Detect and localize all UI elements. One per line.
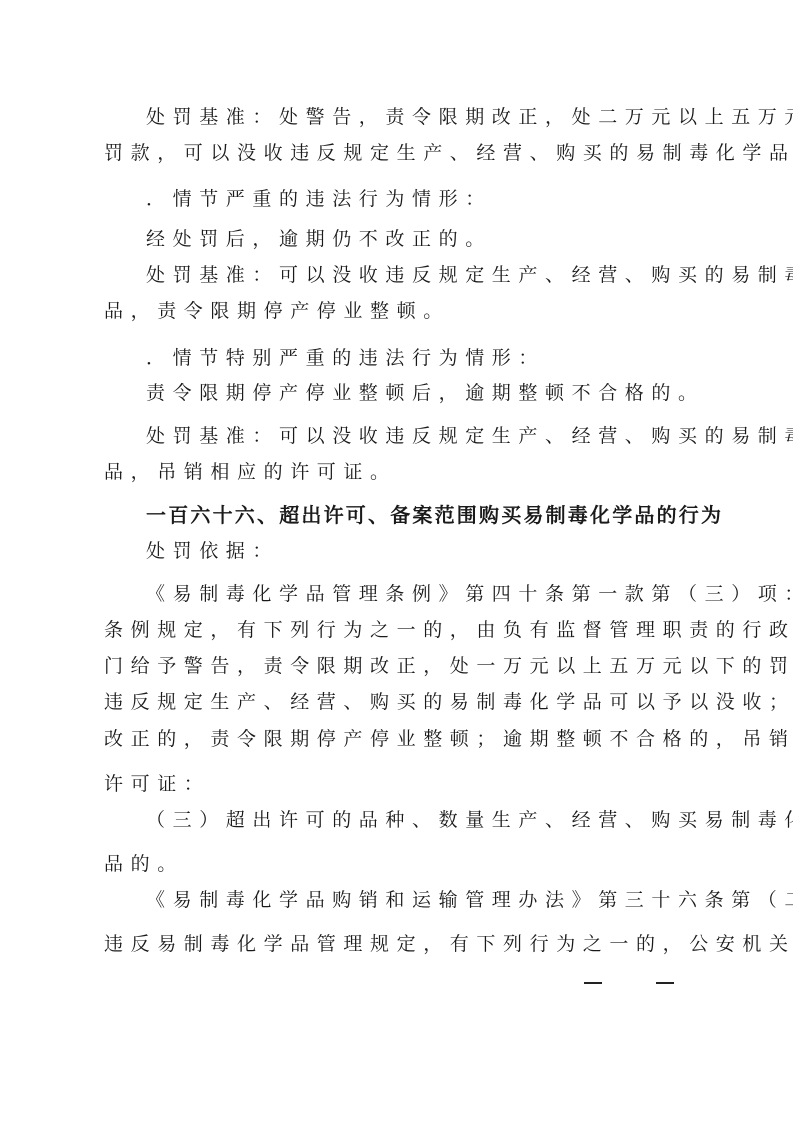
text-line: 违反规定生产、经营、购买的易制毒化学品可以予以没收；逾期不 — [104, 689, 694, 715]
document-page: 处罚基准：处警告，责令限期改正，处二万元以上五万元以下罚款，可以没收违反规定生产… — [0, 0, 793, 1122]
text-line: 违反易制毒化学品管理规定，有下列行为之一的，公安机关应当给 — [104, 931, 694, 957]
page-number-right-dash — [656, 982, 674, 984]
text-line: 处罚依据： — [146, 538, 694, 564]
text-line: 《易制毒化学品管理条例》第四十条第一款第（三）项：违反本 — [146, 581, 694, 607]
text-line: 经处罚后，逾期仍不改正的。 — [146, 226, 694, 252]
text-line: （三）超出许可的品种、数量生产、经营、购买易制毒化学 — [146, 807, 694, 833]
text-line: 处罚基准：可以没收违反规定生产、经营、购买的易制毒化学 — [146, 262, 694, 288]
text-line: 改正的，责令限期停产停业整顿；逾期整顿不合格的，吊销相应的 — [104, 726, 694, 752]
text-line: 门给予警告，责令限期改正，处一万元以上五万元以下的罚款；对 — [104, 653, 694, 679]
text-line: 处罚基准：处警告，责令限期改正，处二万元以上五万元以下 — [146, 104, 694, 130]
text-line: 《易制毒化学品购销和运输管理办法》第三十六条第（二）项： — [146, 887, 694, 913]
text-line: 条例规定，有下列行为之一的，由负有监督管理职责的行政主管部 — [104, 617, 694, 643]
text-line: ．情节特别严重的违法行为情形： — [146, 345, 694, 371]
text-line: 罚款，可以没收违反规定生产、经营、购买的易制毒化学品。 — [104, 140, 694, 166]
text-line: 品，吊销相应的许可证。 — [104, 459, 694, 485]
text-line: 责令限期停产停业整顿后，逾期整顿不合格的。 — [146, 380, 694, 406]
text-line: 许可证： — [104, 771, 694, 797]
page-number-left-dash — [584, 982, 602, 984]
text-line: 处罚基准：可以没收违反规定生产、经营、购买的易制毒化学 — [146, 423, 694, 449]
text-line: ．情节严重的违法行为情形： — [146, 186, 694, 212]
page-number — [584, 972, 674, 984]
text-line: 品的。 — [104, 851, 694, 877]
section-heading: 一百六十六、超出许可、备案范围购买易制毒化学品的行为 — [146, 502, 694, 528]
text-line: 品，责令限期停产停业整顿。 — [104, 298, 694, 324]
